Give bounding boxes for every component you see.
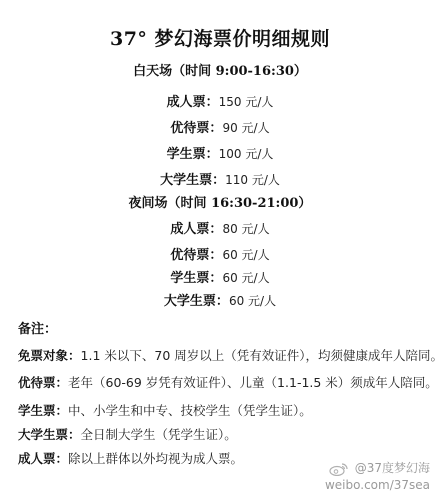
price-value: 60 元/人	[222, 271, 269, 285]
note-item: 免票对象：1.1 米以下、70 周岁以上（凭有效证件），均须健康成年人陪同。	[18, 346, 440, 364]
note-label: 成人票：	[18, 451, 68, 466]
price-row: 优待票：60 元/人	[0, 244, 440, 263]
note-label: 免票对象：	[18, 348, 81, 363]
session-heading-day: 白天场（时间 9:00-16:30）	[0, 60, 440, 79]
page-title: 37° 梦幻海票价明细规则	[0, 24, 440, 51]
price-label: 学生票：	[167, 147, 219, 162]
price-row: 大学生票：60 元/人	[0, 290, 440, 309]
note-text: 全日制大学生（凭学生证）。	[81, 427, 237, 442]
note-item: 成人票：除以上群体以外均视为成人票。	[18, 449, 243, 467]
price-row: 成人票：150 元/人	[0, 91, 440, 110]
price-value: 60 元/人	[222, 248, 269, 262]
price-label: 优待票：	[170, 121, 222, 136]
note-text: 除以上群体以外均视为成人票。	[68, 451, 243, 466]
notes-heading: 备注：	[18, 318, 57, 337]
price-row: 学生票：60 元/人	[0, 267, 440, 286]
price-row: 学生票：100 元/人	[0, 143, 440, 162]
price-value: 80 元/人	[222, 222, 269, 236]
price-value: 60 元/人	[229, 294, 276, 308]
price-row: 成人票：80 元/人	[0, 218, 440, 237]
note-label: 大学生票：	[18, 427, 81, 442]
price-label: 学生票：	[170, 271, 222, 286]
price-row: 优待票：90 元/人	[0, 117, 440, 136]
price-value: 100 元/人	[219, 147, 274, 161]
price-value: 90 元/人	[222, 121, 269, 135]
note-text: 1.1 米以下、70 周岁以上（凭有效证件），均须健康成年人陪同。	[81, 348, 440, 363]
watermark-handle: @37度梦幻海	[355, 461, 430, 475]
weibo-watermark: @37度梦幻海 weibo.com/37sea	[325, 460, 430, 494]
price-label: 大学生票：	[160, 173, 225, 188]
note-item: 大学生票：全日制大学生（凭学生证）。	[18, 425, 237, 443]
price-row: 大学生票：110 元/人	[0, 169, 440, 188]
note-item: 学生票：中、小学生和中专、技校学生（凭学生证）。	[18, 401, 312, 419]
weibo-icon	[329, 462, 349, 476]
note-label: 优待票：	[18, 375, 68, 390]
note-text: 老年（60-69 岁凭有效证件）、儿童（1.1-1.5 米）须成年人陪同。	[68, 375, 438, 390]
price-label: 优待票：	[170, 248, 222, 263]
price-label: 成人票：	[170, 222, 222, 237]
note-text: 中、小学生和中专、技校学生（凭学生证）。	[68, 403, 312, 418]
watermark-url: weibo.com/37sea	[325, 477, 430, 494]
note-item: 优待票：老年（60-69 岁凭有效证件）、儿童（1.1-1.5 米）须成年人陪同…	[18, 373, 438, 391]
price-label: 成人票：	[167, 95, 219, 110]
price-value: 150 元/人	[219, 95, 274, 109]
price-value: 110 元/人	[225, 173, 280, 187]
price-label: 大学生票：	[164, 294, 229, 309]
session-heading-night: 夜间场（时间 16:30-21:00）	[0, 192, 440, 211]
note-label: 学生票：	[18, 403, 68, 418]
